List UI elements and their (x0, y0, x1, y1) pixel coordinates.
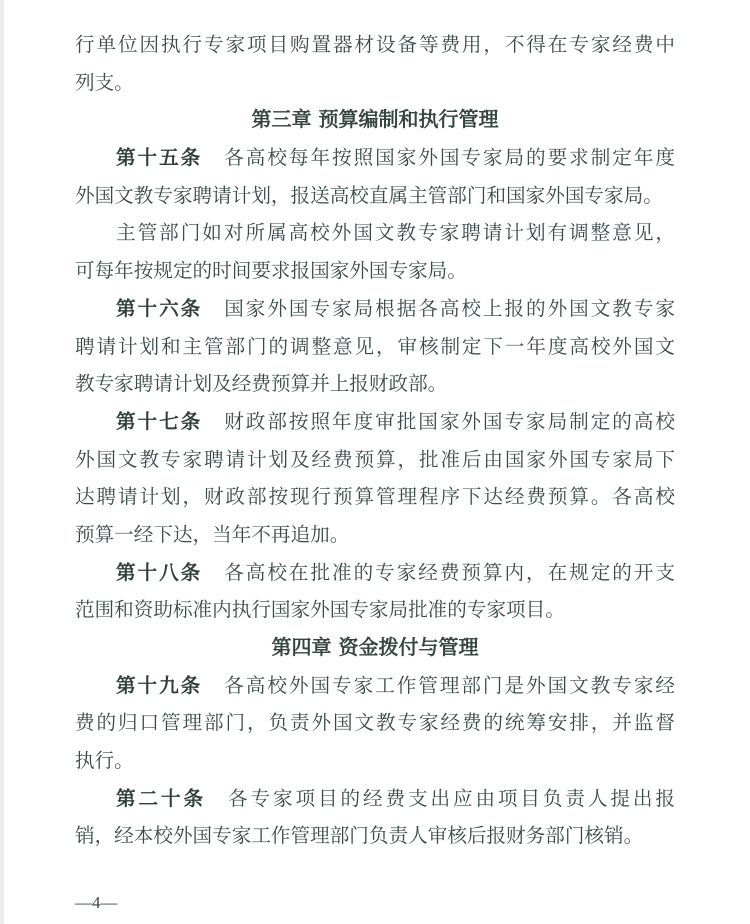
article-text: 各高校每年按照国家外国专家局的要求制定年度 (224, 146, 675, 169)
article-20-line: 第二十条各专家项目的经费支出应由项目负责人提出报 (75, 780, 675, 818)
body-line: 外国文教专家聘请计划及经费预算，批准后由国家外国专家局下 (75, 441, 675, 479)
article-17-line: 第十七条财政部按照年度审批国家外国专家局制定的高校 (75, 403, 675, 441)
body-line: 可每年按规定的时间要求报国家外国专家局。 (75, 252, 675, 290)
article-19-line: 第十九条各高校外国专家工作管理部门是外国文教专家经 (75, 667, 675, 705)
article-text: 财政部按照年度审批国家外国专家局制定的高校 (224, 410, 675, 433)
article-label: 第十六条 (116, 297, 202, 320)
page-number: —4— (75, 893, 118, 913)
article-label: 第二十条 (116, 787, 206, 810)
document-page: 行单位因执行专家项目购置器材设备等费用，不得在专家经费中 列支。 第三章 预算编… (75, 26, 675, 855)
article-16-line: 第十六条国家外国专家局根据各高校上报的外国文教专家 (75, 290, 675, 328)
chapter-3-heading: 第三章 预算编制和执行管理 (75, 101, 675, 139)
body-line: 教专家聘请计划及经费预算并上报财政部。 (75, 365, 675, 403)
body-line: 费的归口管理部门，负责外国文教专家经费的统筹安排，并监督 (75, 704, 675, 742)
chapter-4-heading: 第四章 资金拨付与管理 (75, 629, 675, 667)
body-line: 范围和资助标准内执行国家外国专家局批准的专家项目。 (75, 591, 675, 629)
scan-edge (0, 0, 4, 924)
body-line: 预算一经下达，当年不再追加。 (75, 516, 675, 554)
article-18-line: 第十八条各高校在批准的专家经费预算内，在规定的开支 (75, 554, 675, 592)
article-text: 各专家项目的经费支出应由项目负责人提出报 (228, 787, 675, 810)
body-line: 执行。 (75, 742, 675, 780)
article-text: 各高校在批准的专家经费预算内，在规定的开支 (224, 561, 675, 584)
body-line: 列支。 (75, 64, 675, 102)
body-line: 聘请计划和主管部门的调整意见，审核制定下一年度高校外国文 (75, 328, 675, 366)
body-line: 行单位因执行专家项目购置器材设备等费用，不得在专家经费中 (75, 26, 675, 64)
article-label: 第十七条 (116, 410, 202, 433)
article-text: 各高校外国专家工作管理部门是外国文教专家经 (224, 674, 675, 697)
article-label: 第十九条 (116, 674, 202, 697)
body-line: 销，经本校外国专家工作管理部门负责人审核后报财务部门核销。 (75, 817, 675, 855)
article-15-line: 第十五条各高校每年按照国家外国专家局的要求制定年度 (75, 139, 675, 177)
article-label: 第十五条 (116, 146, 202, 169)
body-line: 外国文教专家聘请计划，报送高校直属主管部门和国家外国专家局。 (75, 177, 675, 215)
body-line: 主管部门如对所属高校外国文教专家聘请计划有调整意见， (75, 214, 675, 252)
article-label: 第十八条 (116, 561, 202, 584)
body-line: 达聘请计划，财政部按现行预算管理程序下达经费预算。各高校 (75, 478, 675, 516)
article-text: 国家外国专家局根据各高校上报的外国文教专家 (224, 297, 675, 320)
